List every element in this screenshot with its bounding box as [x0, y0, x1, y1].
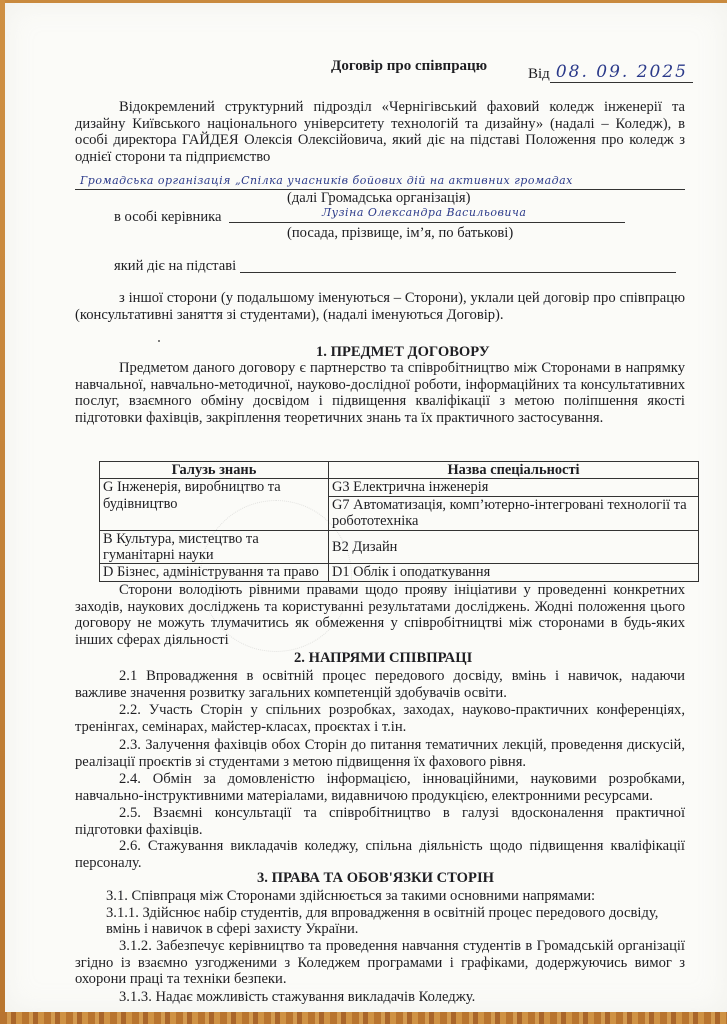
- section-3-item-1-1: 3.1.1. Здійснює набір студентів, для впр…: [106, 905, 658, 922]
- section-1-paragraph-1: Предметом даного договору є партнерство …: [75, 360, 685, 426]
- section-3-item-1-3: 3.1.3. Надає можливість стажування викла…: [119, 989, 475, 1006]
- org-caption: (далі Громадська організація): [287, 190, 470, 207]
- section-3-item-1: 3.1. Співпраця між Сторонами здійснюєтьс…: [106, 888, 595, 905]
- table-header-row: Галузь знань Назва спеціальності: [100, 462, 699, 479]
- date-handwritten: 08. 09. 2025: [556, 62, 688, 82]
- table-header-specialty: Назва спеціальності: [329, 462, 699, 479]
- head-name-underline: [229, 222, 625, 223]
- date-underline: 08. 09. 2025: [550, 66, 693, 83]
- table-cell-field: D Бізнес, адміністрування та право: [100, 564, 329, 581]
- basis-label: який діє на підставі: [114, 258, 236, 275]
- head-name-handwritten: Лузіна Олександра Васильовича: [322, 206, 526, 219]
- stray-dot: [158, 340, 160, 342]
- section-2-item-2: 2.2. Участь Сторін у спільних розробках,…: [75, 702, 685, 735]
- section-2-item-1: 2.1 Впровадження в освітній процес перед…: [75, 668, 685, 701]
- table-cell-specialty: D1 Облік і оподаткування: [329, 564, 699, 581]
- section-1-paragraph-2: Сторони володіють рівними правами щодо п…: [75, 582, 685, 648]
- wood-background-bottom: [0, 1012, 727, 1024]
- document-title: Договір про співпрацю: [331, 58, 487, 75]
- intro-paragraph: Відокремлений структурний підрозділ «Чер…: [75, 99, 685, 165]
- table-cell-field: G Інженерія, виробництво та будівництво: [100, 479, 329, 530]
- table-cell-field: В Культура, мистецтво та гуманітарні нау…: [100, 530, 329, 564]
- date-field: Від08. 09. 2025: [528, 66, 693, 83]
- table-row: G Інженерія, виробництво та будівництво …: [100, 479, 699, 496]
- section-1-heading: 1. ПРЕДМЕТ ДОГОВОРУ: [316, 344, 490, 361]
- section-2-heading: 2. НАПРЯМИ СПІВПРАЦІ: [294, 650, 472, 667]
- basis-underline: [240, 272, 676, 273]
- section-2-item-5: 2.5. Взаємні консультації та співробітни…: [75, 805, 685, 838]
- section-2-item-4: 2.4. Обмін за домовленістю інформацією, …: [75, 771, 685, 804]
- section-3-heading: 3. ПРАВА ТА ОБОВ'ЯЗКИ СТОРІН: [257, 870, 494, 887]
- date-label: Від: [528, 66, 550, 82]
- table-row: В Культура, мистецтво та гуманітарні нау…: [100, 530, 699, 564]
- table-row: D Бізнес, адміністрування та право D1 Об…: [100, 564, 699, 581]
- table-cell-specialty: G3 Електрична інженерія: [329, 479, 699, 496]
- section-2-item-6: 2.6. Стажування викладачів коледжу, спіл…: [75, 838, 685, 871]
- section-2-item-3: 2.3. Залучення фахівців обох Сторін до п…: [75, 737, 685, 770]
- org-name-handwritten: Громадська організація „Спілка учасників…: [80, 174, 573, 187]
- table-cell-specialty: В2 Дизайн: [329, 530, 699, 564]
- other-party-paragraph: з іншої сторони (у подальшому іменуються…: [75, 290, 685, 323]
- table-header-field: Галузь знань: [100, 462, 329, 479]
- head-label: в особі керівника: [114, 209, 222, 226]
- specialties-table: Галузь знань Назва спеціальності G Інжен…: [99, 461, 699, 582]
- head-caption: (посада, прізвище, ім’я, по батькові): [287, 225, 513, 242]
- section-3-item-1-1-cont: вмінь і навичок в сфері захисту України.: [106, 921, 358, 938]
- section-3-item-1-2: 3.1.2. Забезпечує керівництво та проведе…: [75, 938, 685, 988]
- table-cell-specialty: G7 Автоматизація, комп’ютерно-інтегрован…: [329, 496, 699, 530]
